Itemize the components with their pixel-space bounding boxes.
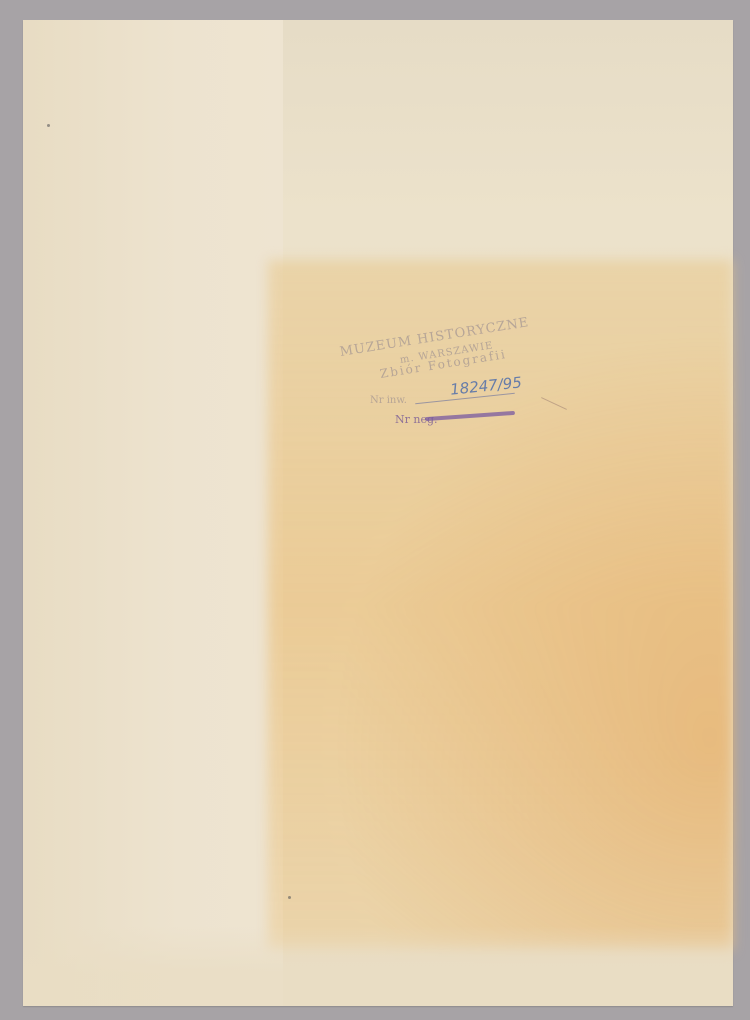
museum-stamp: MUZEUM HISTORYCZNE m. WARSZAWIE Zbiór Fo…: [340, 325, 570, 435]
negative-strikethrough: [425, 411, 515, 421]
paper-speck: [47, 124, 50, 127]
photo-back-paper: [23, 20, 733, 1006]
pencil-mark: [541, 397, 567, 410]
paper-speck: [288, 896, 291, 899]
light-paper-region: [23, 20, 283, 1006]
inventory-number: 18247/95: [449, 373, 522, 398]
inventory-label: Nr inw.: [370, 395, 407, 406]
bottom-light-band: [23, 926, 733, 1006]
